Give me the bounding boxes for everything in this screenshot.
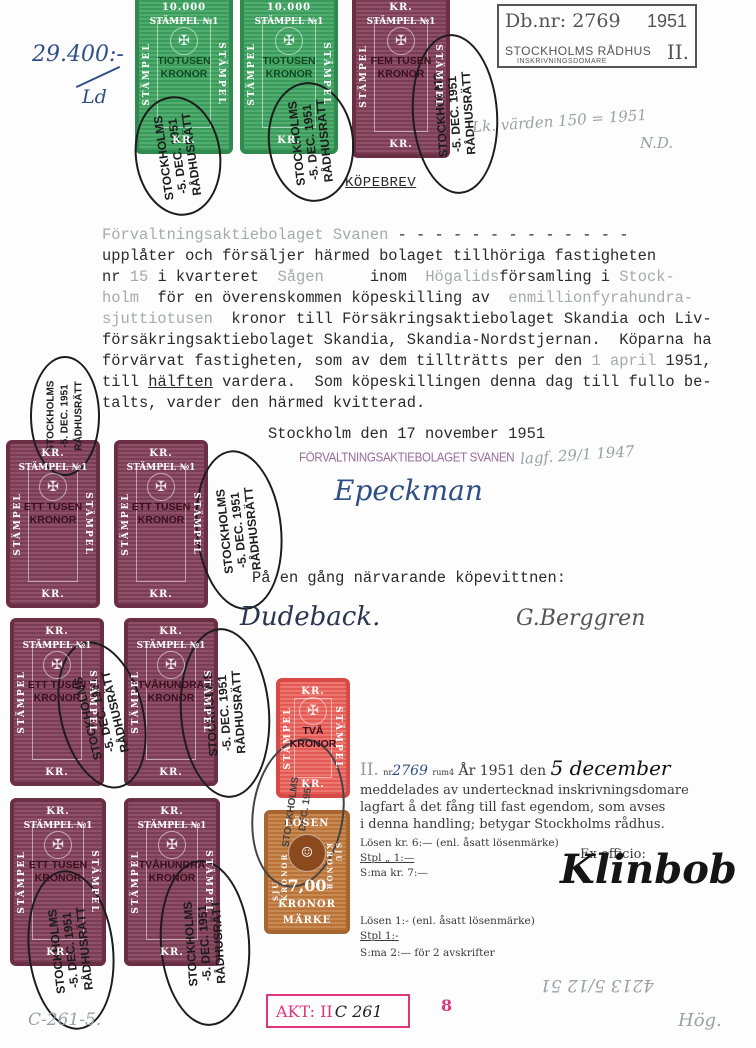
fee-line: Lösen 1:- (enl. åsatt lösenmärke) <box>360 914 535 928</box>
pencil-note-initials: N.D. <box>640 134 673 152</box>
handwritten-date: 5 december <box>551 756 671 780</box>
body-line: förvärvat fastigheten, som av dem tilltr… <box>102 351 712 372</box>
pencil-note-value: Lk. värden 150 = 1951 <box>472 106 648 136</box>
witness-signature-2: G.Berggren <box>516 606 645 631</box>
registration-text: meddelades av undertecknad inskrivningsd… <box>360 782 689 799</box>
fee-line: Stpl „ 1:— <box>360 851 414 865</box>
place-date: Stockholm den 17 november 1951 <box>268 424 545 445</box>
margin-strike <box>76 66 120 88</box>
registry-number: Db.nr: 2769 <box>505 10 621 32</box>
body-line: nr 15 i kvarteret Sågen inom Högalidsför… <box>102 267 675 288</box>
fee-line: Lösen kr. 6:— (enl. åsatt lösenmärke) <box>360 836 559 850</box>
pencil-note-date: lagf. 29/1 1947 <box>520 442 636 468</box>
archive-stamp: AKT: IIC 261 <box>266 994 410 1028</box>
registry-year: 1951 <box>647 11 687 32</box>
body-line: sjuttiotusen kronor till Försäkringsakti… <box>102 309 712 330</box>
pencil-note-hog: Hög. <box>678 1010 722 1031</box>
margin-initials: Ld <box>82 86 107 108</box>
pencil-note-bottom-left: C-261-5. <box>28 1010 101 1030</box>
witness-line: På en gång närvarande köpevittnen: <box>252 568 566 589</box>
judge-signature: Klinbob <box>560 846 737 893</box>
pencil-note-bottom-right: 4213 5/12 51 <box>540 975 654 995</box>
registry-department: INSKRIVNINGSDOMARE <box>517 58 607 65</box>
witness-signature-1: Dudeback. <box>240 602 380 632</box>
registry-roman: II. <box>667 40 689 64</box>
fee-line: S:ma 2:— för 2 avskrifter <box>360 946 495 960</box>
coat-of-arms-icon: ✠ <box>299 697 327 725</box>
margin-amount: 29.400:- <box>32 42 124 67</box>
body-line: talts, varder den härmed kvitterad. <box>102 393 425 414</box>
document-title: KÖPEBREV <box>345 175 416 191</box>
body-line: holm för en överenskommen köpeskilling a… <box>102 288 693 309</box>
seller-signature: Epeckman <box>334 474 483 507</box>
revenue-stamp-1000: KR. STÄMPEL №1 ✠ ETT TUSENKRONOR KR. STÄ… <box>114 440 208 608</box>
fee-line: S:ma kr. 7:— <box>360 866 428 880</box>
registration-text: lagfart å det fång till fast egendom, so… <box>360 799 665 816</box>
archive-mark: 8 <box>441 996 452 1015</box>
company-stamp: FÖRVALTNINGSAKTIEBOLAGET SVANEN <box>299 451 514 464</box>
body-line: upplåter och försäljer härmed bolaget ti… <box>102 246 656 267</box>
fee-line: Stpl 1:- <box>360 929 399 943</box>
body-line: till hälften vardera. Som köpeskillingen… <box>102 372 712 393</box>
coat-of-arms-icon: ✠ <box>147 473 175 501</box>
coat-of-arms-icon: ✠ <box>44 831 72 859</box>
coat-of-arms-icon: ✠ <box>43 651 71 679</box>
registry-office: STOCKHOLMS RÅDHUS <box>505 44 651 58</box>
coat-of-arms-icon: ✠ <box>275 27 303 55</box>
coat-of-arms-icon: ✠ <box>387 27 415 55</box>
body-line: försäkringsaktiebolaget Skandia, Skandia… <box>102 330 712 351</box>
registry-stamp: Db.nr: 2769 1951 STOCKHOLMS RÅDHUS INSKR… <box>497 4 697 68</box>
seller-line: Förvaltningsaktiebolaget Svanen - - - - … <box>102 225 628 246</box>
coat-of-arms-icon: ✠ <box>170 27 198 55</box>
coat-of-arms-icon: ✠ <box>39 473 67 501</box>
portrait-medallion-icon: ☺ <box>288 834 326 872</box>
revenue-stamp-1000: KR. STÄMPEL №1 ✠ ETT TUSENKRONOR KR. STÄ… <box>6 440 100 608</box>
registration-header: II. nr2769 rum4 År 1951 den 5 december <box>360 760 670 781</box>
registration-text: i denna handling; betygar Stockholms råd… <box>360 816 665 833</box>
coat-of-arms-icon: ✠ <box>158 831 186 859</box>
coat-of-arms-icon: ✠ <box>157 651 185 679</box>
